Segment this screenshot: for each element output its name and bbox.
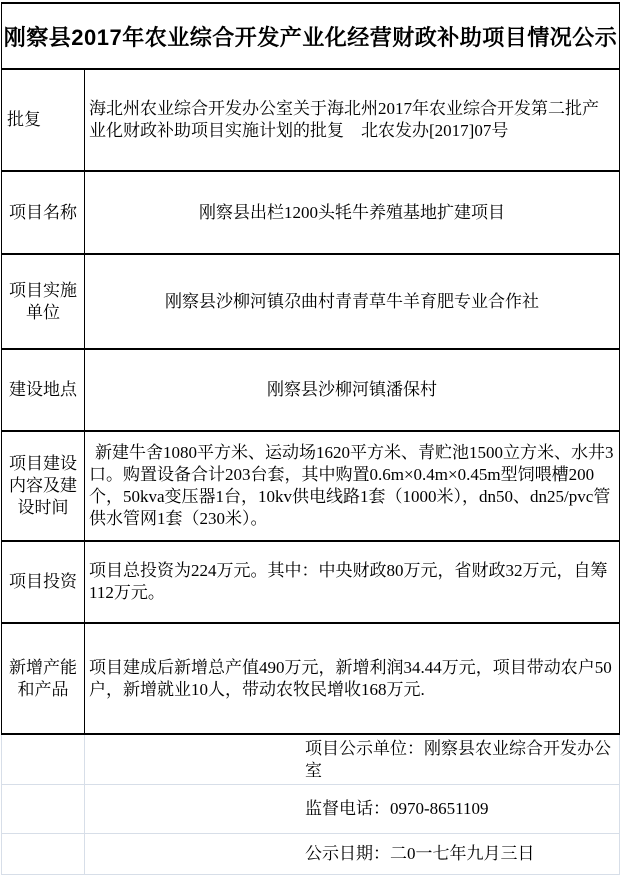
footer-announcer-empty-cell [2,735,85,784]
footer-phone-text: 监督电话：0970-8651109 [85,785,619,833]
row-new-capacity-label: 新增产能和产品 [2,624,85,733]
row-new-capacity-content: 项目建成后新增总产值490万元，新增利润34.44万元，项目带动农户50户，新增… [85,624,619,733]
row-construction-site-label: 建设地点 [2,350,85,430]
row-construction-content-content: 新建牛舍1080平方米、运动场1620平方米、青贮池1500立方米、水井3口。购… [85,432,619,540]
footer-phone-empty-cell [2,785,85,833]
investment-text: 项目总投资为224万元。其中：中央财政80万元，省财政32万元，自筹112万元。 [89,560,615,604]
row-project-name-content: 刚察县出栏1200头牦牛养殖基地扩建项目 [85,172,619,253]
row-project-name-label: 项目名称 [2,172,85,253]
new-capacity-text: 项目建成后新增总产值490万元，新增利润34.44万元，项目带动农户50户，新增… [89,657,615,701]
announcement-page: 刚察县2017年农业综合开发产业化经营财政补助项目情况公示 批复 海北州农业综合… [0,0,621,877]
row-approval-content: 海北州农业综合开发办公室关于海北州2017年农业综合开发第二批产业化财政补助项目… [85,70,619,170]
construction-content-text: 新建牛舍1080平方米、运动场1620平方米、青贮池1500立方米、水井3口。购… [89,442,615,530]
row-approval: 批复 海北州农业综合开发办公室关于海北州2017年农业综合开发第二批产业化财政补… [2,70,619,172]
row-construction-content-label: 项目建设内容及建设时间 [2,432,85,540]
row-investment-content: 项目总投资为224万元。其中：中央财政80万元，省财政32万元，自筹112万元。 [85,542,619,622]
row-new-capacity: 新增产能和产品 项目建成后新增总产值490万元，新增利润34.44万元，项目带动… [2,624,619,735]
row-approval-label: 批复 [2,70,85,170]
main-table-section: 刚察县2017年农业综合开发产业化经营财政补助项目情况公示 批复 海北州农业综合… [1,2,620,735]
footer-announcer-text: 项目公示单位：刚察县农业综合开发办公室 [85,735,619,784]
row-project-name: 项目名称 刚察县出栏1200头牦牛养殖基地扩建项目 [2,172,619,255]
footer-row-announcer: 项目公示单位：刚察县农业综合开发办公室 [2,735,619,785]
row-implementing-unit-label: 项目实施单位 [2,255,85,348]
announcement-table: 刚察县2017年农业综合开发产业化经营财政补助项目情况公示 批复 海北州农业综合… [1,2,620,875]
row-implementing-unit-content: 刚察县沙柳河镇尕曲村青青草牛羊育肥专业合作社 [85,255,619,348]
row-investment-label: 项目投资 [2,542,85,622]
footer-date-text: 公示日期：二0一七年九月三日 [85,834,619,874]
row-construction-content: 项目建设内容及建设时间 新建牛舍1080平方米、运动场1620平方米、青贮池15… [2,432,619,542]
row-implementing-unit: 项目实施单位 刚察县沙柳河镇尕曲村青青草牛羊育肥专业合作社 [2,255,619,350]
footer-row-phone: 监督电话：0970-8651109 [2,785,619,834]
row-investment: 项目投资 项目总投资为224万元。其中：中央财政80万元，省财政32万元，自筹1… [2,542,619,624]
footer-section: 项目公示单位：刚察县农业综合开发办公室 监督电话：0970-8651109 公示… [1,735,620,875]
row-construction-site-content: 刚察县沙柳河镇潘保村 [85,350,619,430]
title-row: 刚察县2017年农业综合开发产业化经营财政补助项目情况公示 [2,4,619,70]
footer-row-date: 公示日期：二0一七年九月三日 [2,834,619,874]
row-construction-site: 建设地点 刚察县沙柳河镇潘保村 [2,350,619,432]
page-title: 刚察县2017年农业综合开发产业化经营财政补助项目情况公示 [4,21,617,52]
footer-date-empty-cell [2,834,85,874]
